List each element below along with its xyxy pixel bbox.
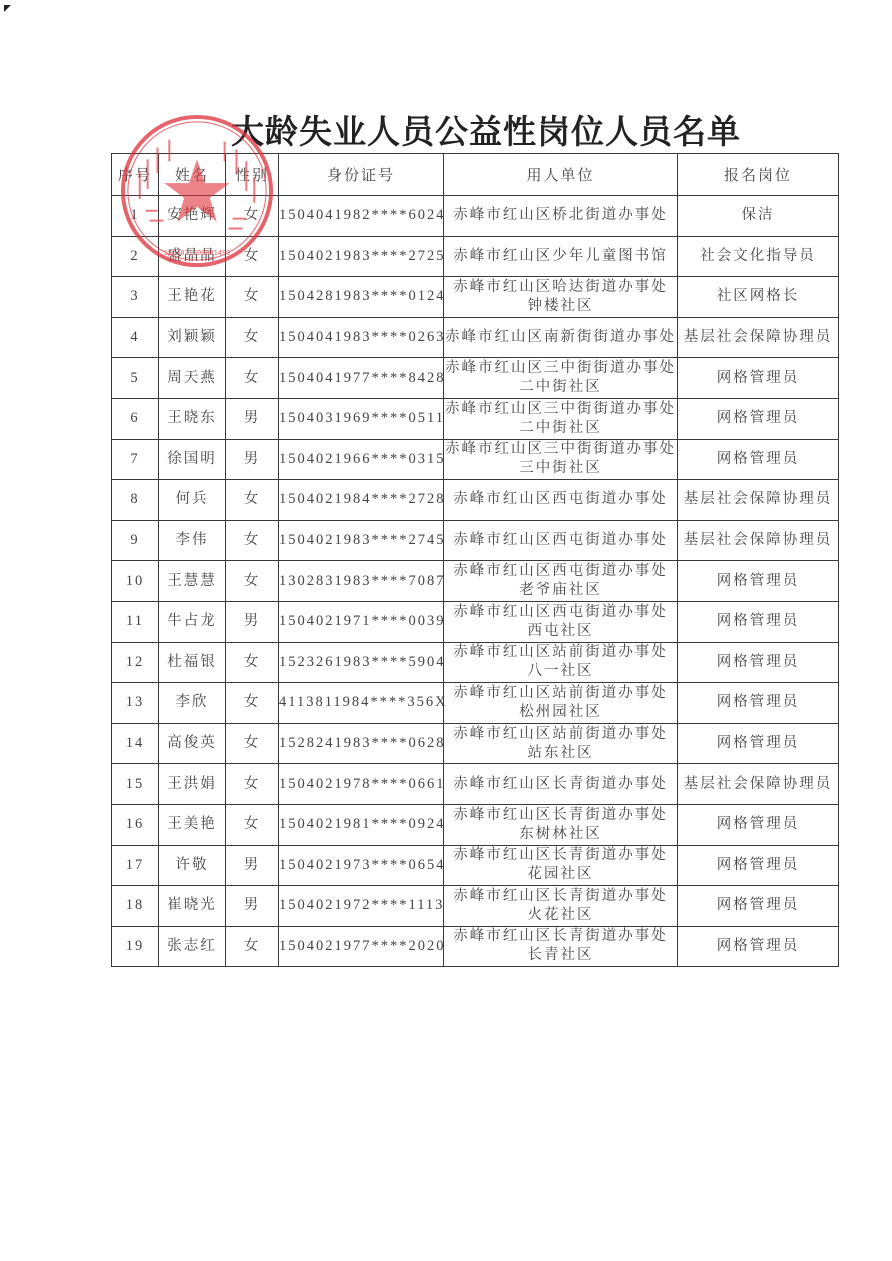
cell-gender: 女 <box>226 642 279 683</box>
employer-line-1: 赤峰市红山区哈达街道办事处 <box>444 278 677 297</box>
employer-line-2: 花园社区 <box>444 865 677 884</box>
table-row: 16王美艳女1504021981****0924赤峰市红山区长青街道办事处东树林… <box>112 804 839 845</box>
cell-name: 李欣 <box>159 683 226 724</box>
cell-name: 周天燕 <box>159 358 226 399</box>
cell-position: 网格管理员 <box>678 683 839 724</box>
cell-index: 5 <box>112 358 159 399</box>
cell-position: 网格管理员 <box>678 845 839 886</box>
cell-employer: 赤峰市红山区西屯街道办事处 <box>444 520 678 561</box>
cell-name: 王洪娟 <box>159 764 226 805</box>
cell-gender: 男 <box>226 845 279 886</box>
cell-id-number: 1504041983****0263 <box>279 317 444 358</box>
cell-position: 基层社会保障协理员 <box>678 317 839 358</box>
cell-index: 12 <box>112 642 159 683</box>
cell-position: 社区网格长 <box>678 277 839 318</box>
cell-id-number: 4113811984****356X <box>279 683 444 724</box>
cell-index: 17 <box>112 845 159 886</box>
cell-id-number: 1528241983****0628 <box>279 723 444 764</box>
cell-gender: 女 <box>226 277 279 318</box>
cell-id-number: 1504021972****1113 <box>279 886 444 927</box>
cell-index: 13 <box>112 683 159 724</box>
cell-id-number: 1504031969****0511 <box>279 398 444 439</box>
cell-gender: 男 <box>226 398 279 439</box>
cell-name: 高俊英 <box>159 723 226 764</box>
cell-name: 王慧慧 <box>159 561 226 602</box>
cell-index: 19 <box>112 926 159 967</box>
cell-id-number: 1504041977****8428 <box>279 358 444 399</box>
cell-index: 1 <box>112 196 159 237</box>
cell-index: 14 <box>112 723 159 764</box>
cell-gender: 女 <box>226 358 279 399</box>
cell-employer: 赤峰市红山区站前街道办事处松州园社区 <box>444 683 678 724</box>
employer-line-2: 三中街社区 <box>444 459 677 478</box>
cell-employer: 赤峰市红山区长青街道办事处长青社区 <box>444 926 678 967</box>
cell-gender: 女 <box>226 926 279 967</box>
cell-position: 基层社会保障协理员 <box>678 520 839 561</box>
cell-name: 刘颖颖 <box>159 317 226 358</box>
cell-name: 张志红 <box>159 926 226 967</box>
table-row: 9李伟女1504021983****2745赤峰市红山区西屯街道办事处基层社会保… <box>112 520 839 561</box>
employer-line-1: 赤峰市红山区南新街街道办事处 <box>444 328 677 347</box>
table-row: 12杜福银女1523261983****5904赤峰市红山区站前街道办事处八一社… <box>112 642 839 683</box>
cell-employer: 赤峰市红山区三中街街道办事处二中街社区 <box>444 398 678 439</box>
employer-line-1: 赤峰市红山区三中街街道办事处 <box>444 400 677 419</box>
employer-line-2: 松州园社区 <box>444 703 677 722</box>
cell-position: 社会文化指导员 <box>678 236 839 277</box>
employer-line-2: 长青社区 <box>444 946 677 965</box>
cell-employer: 赤峰市红山区西屯街道办事处老爷庙社区 <box>444 561 678 602</box>
cell-name: 王美艳 <box>159 804 226 845</box>
cell-id-number: 1523261983****5904 <box>279 642 444 683</box>
header-id-number: 身份证号 <box>279 154 444 196</box>
cell-employer: 赤峰市红山区长青街道办事处东树林社区 <box>444 804 678 845</box>
cell-gender: 女 <box>226 317 279 358</box>
cell-gender: 女 <box>226 520 279 561</box>
cell-index: 9 <box>112 520 159 561</box>
header-gender: 性别 <box>226 154 279 196</box>
employer-line-1: 赤峰市红山区西屯街道办事处 <box>444 603 677 622</box>
table-row: 4刘颖颖女1504041983****0263赤峰市红山区南新街街道办事处基层社… <box>112 317 839 358</box>
employer-line-1: 赤峰市红山区站前街道办事处 <box>444 684 677 703</box>
table-row: 6王晓东男1504031969****0511赤峰市红山区三中街街道办事处二中街… <box>112 398 839 439</box>
table-body: 1安艳辉女1504041982****6024赤峰市红山区桥北街道办事处保洁2盛… <box>112 196 839 967</box>
cell-position: 网格管理员 <box>678 601 839 642</box>
cell-gender: 女 <box>226 764 279 805</box>
table-row: 8何兵女1504021984****2728赤峰市红山区西屯街道办事处基层社会保… <box>112 480 839 521</box>
cell-id-number: 1504041982****6024 <box>279 196 444 237</box>
cell-employer: 赤峰市红山区三中街街道办事处三中街社区 <box>444 439 678 480</box>
cell-id-number: 1504021971****0039 <box>279 601 444 642</box>
cell-position: 基层社会保障协理员 <box>678 764 839 805</box>
table-row: 13李欣女4113811984****356X赤峰市红山区站前街道办事处松州园社… <box>112 683 839 724</box>
cell-index: 16 <box>112 804 159 845</box>
cell-name: 王晓东 <box>159 398 226 439</box>
header-position: 报名岗位 <box>678 154 839 196</box>
employer-line-1: 赤峰市红山区西屯街道办事处 <box>444 490 677 509</box>
cell-index: 7 <box>112 439 159 480</box>
cell-gender: 男 <box>226 601 279 642</box>
cell-index: 8 <box>112 480 159 521</box>
cell-employer: 赤峰市红山区站前街道办事处八一社区 <box>444 642 678 683</box>
cell-id-number: 1504021983****2745 <box>279 520 444 561</box>
cell-employer: 赤峰市红山区西屯街道办事处西屯社区 <box>444 601 678 642</box>
header-index: 序号 <box>112 154 159 196</box>
cell-gender: 女 <box>226 804 279 845</box>
cell-name: 徐国明 <box>159 439 226 480</box>
cell-employer: 赤峰市红山区西屯街道办事处 <box>444 480 678 521</box>
cell-id-number: 1504021981****0924 <box>279 804 444 845</box>
table-row: 10王慧慧女1302831983****7087赤峰市红山区西屯街道办事处老爷庙… <box>112 561 839 602</box>
cell-gender: 男 <box>226 886 279 927</box>
cell-employer: 赤峰市红山区长青街道办事处花园社区 <box>444 845 678 886</box>
cell-name: 安艳辉 <box>159 196 226 237</box>
employer-line-1: 赤峰市红山区三中街街道办事处 <box>444 440 677 459</box>
cell-name: 盛晶晶 <box>159 236 226 277</box>
employer-line-2: 西屯社区 <box>444 622 677 641</box>
table-row: 5周天燕女1504041977****8428赤峰市红山区三中街街道办事处二中街… <box>112 358 839 399</box>
document-title: 大龄失业人员公益性岗位人员名单 <box>0 106 892 153</box>
roster-table: 序号 姓名 性别 身份证号 用人单位 报名岗位 1安艳辉女1504041982*… <box>111 153 839 967</box>
cell-position: 网格管理员 <box>678 358 839 399</box>
header-employer: 用人单位 <box>444 154 678 196</box>
cell-index: 18 <box>112 886 159 927</box>
employer-line-1: 赤峰市红山区西屯街道办事处 <box>444 562 677 581</box>
table-row: 11牛占龙男1504021971****0039赤峰市红山区西屯街道办事处西屯社… <box>112 601 839 642</box>
employer-line-2: 二中街社区 <box>444 419 677 438</box>
table-header-row: 序号 姓名 性别 身份证号 用人单位 报名岗位 <box>112 154 839 196</box>
table-row: 2盛晶晶女1504021983****2725赤峰市红山区少年儿童图书馆社会文化… <box>112 236 839 277</box>
table-row: 14高俊英女1528241983****0628赤峰市红山区站前街道办事处站东社… <box>112 723 839 764</box>
table-row: 18崔晓光男1504021972****1113赤峰市红山区长青街道办事处火花社… <box>112 886 839 927</box>
cell-position: 网格管理员 <box>678 398 839 439</box>
cell-index: 2 <box>112 236 159 277</box>
employer-line-2: 老爷庙社区 <box>444 581 677 600</box>
cell-employer: 赤峰市红山区哈达街道办事处钟楼社区 <box>444 277 678 318</box>
employer-line-2: 二中街社区 <box>444 378 677 397</box>
employer-line-2: 钟楼社区 <box>444 297 677 316</box>
cell-employer: 赤峰市红山区站前街道办事处站东社区 <box>444 723 678 764</box>
cell-name: 王艳花 <box>159 277 226 318</box>
cell-gender: 女 <box>226 236 279 277</box>
table-row: 19张志红女1504021977****2020赤峰市红山区长青街道办事处长青社… <box>112 926 839 967</box>
cell-gender: 女 <box>226 196 279 237</box>
employer-line-1: 赤峰市红山区三中街街道办事处 <box>444 359 677 378</box>
employer-line-2: 站东社区 <box>444 744 677 763</box>
cell-employer: 赤峰市红山区南新街街道办事处 <box>444 317 678 358</box>
cell-name: 李伟 <box>159 520 226 561</box>
cell-name: 许敬 <box>159 845 226 886</box>
cell-gender: 女 <box>226 561 279 602</box>
cell-position: 保洁 <box>678 196 839 237</box>
cell-employer: 赤峰市红山区桥北街道办事处 <box>444 196 678 237</box>
cell-gender: 女 <box>226 723 279 764</box>
cell-position: 基层社会保障协理员 <box>678 480 839 521</box>
employer-line-1: 赤峰市红山区少年儿童图书馆 <box>444 247 677 266</box>
cell-employer: 赤峰市红山区三中街街道办事处二中街社区 <box>444 358 678 399</box>
scan-corner-mark <box>4 5 11 12</box>
cell-id-number: 1504021977****2020 <box>279 926 444 967</box>
employer-line-2: 火花社区 <box>444 906 677 925</box>
cell-id-number: 1504021978****0661 <box>279 764 444 805</box>
employer-line-1: 赤峰市红山区长青街道办事处 <box>444 806 677 825</box>
cell-position: 网格管理员 <box>678 642 839 683</box>
cell-index: 11 <box>112 601 159 642</box>
cell-id-number: 1302831983****7087 <box>279 561 444 602</box>
cell-gender: 女 <box>226 683 279 724</box>
cell-id-number: 1504021983****2725 <box>279 236 444 277</box>
cell-id-number: 1504021984****2728 <box>279 480 444 521</box>
header-name: 姓名 <box>159 154 226 196</box>
cell-position: 网格管理员 <box>678 723 839 764</box>
employer-line-1: 赤峰市红山区长青街道办事处 <box>444 927 677 946</box>
employer-line-2: 东树林社区 <box>444 825 677 844</box>
cell-name: 何兵 <box>159 480 226 521</box>
cell-employer: 赤峰市红山区长青街道办事处 <box>444 764 678 805</box>
employer-line-1: 赤峰市红山区站前街道办事处 <box>444 643 677 662</box>
cell-employer: 赤峰市红山区长青街道办事处火花社区 <box>444 886 678 927</box>
table-row: 17许敬男1504021973****0654赤峰市红山区长青街道办事处花园社区… <box>112 845 839 886</box>
cell-index: 10 <box>112 561 159 602</box>
cell-position: 网格管理员 <box>678 886 839 927</box>
employer-line-1: 赤峰市红山区长青街道办事处 <box>444 887 677 906</box>
cell-position: 网格管理员 <box>678 926 839 967</box>
cell-name: 牛占龙 <box>159 601 226 642</box>
cell-gender: 男 <box>226 439 279 480</box>
cell-index: 3 <box>112 277 159 318</box>
cell-id-number: 1504021973****0654 <box>279 845 444 886</box>
employer-line-1: 赤峰市红山区西屯街道办事处 <box>444 531 677 550</box>
cell-employer: 赤峰市红山区少年儿童图书馆 <box>444 236 678 277</box>
employer-line-1: 赤峰市红山区桥北街道办事处 <box>444 206 677 225</box>
employer-line-1: 赤峰市红山区长青街道办事处 <box>444 846 677 865</box>
cell-id-number: 1504021966****0315 <box>279 439 444 480</box>
cell-id-number: 1504281983****0124 <box>279 277 444 318</box>
employer-line-1: 赤峰市红山区长青街道办事处 <box>444 775 677 794</box>
cell-index: 15 <box>112 764 159 805</box>
cell-position: 网格管理员 <box>678 439 839 480</box>
table-row: 7徐国明男1504021966****0315赤峰市红山区三中街街道办事处三中街… <box>112 439 839 480</box>
table-row: 1安艳辉女1504041982****6024赤峰市红山区桥北街道办事处保洁 <box>112 196 839 237</box>
cell-position: 网格管理员 <box>678 804 839 845</box>
cell-index: 4 <box>112 317 159 358</box>
employer-line-1: 赤峰市红山区站前街道办事处 <box>444 725 677 744</box>
table-row: 15王洪娟女1504021978****0661赤峰市红山区长青街道办事处基层社… <box>112 764 839 805</box>
cell-index: 6 <box>112 398 159 439</box>
cell-name: 杜福银 <box>159 642 226 683</box>
cell-name: 崔晓光 <box>159 886 226 927</box>
employer-line-2: 八一社区 <box>444 662 677 681</box>
cell-gender: 女 <box>226 480 279 521</box>
table-row: 3王艳花女1504281983****0124赤峰市红山区哈达街道办事处钟楼社区… <box>112 277 839 318</box>
cell-position: 网格管理员 <box>678 561 839 602</box>
